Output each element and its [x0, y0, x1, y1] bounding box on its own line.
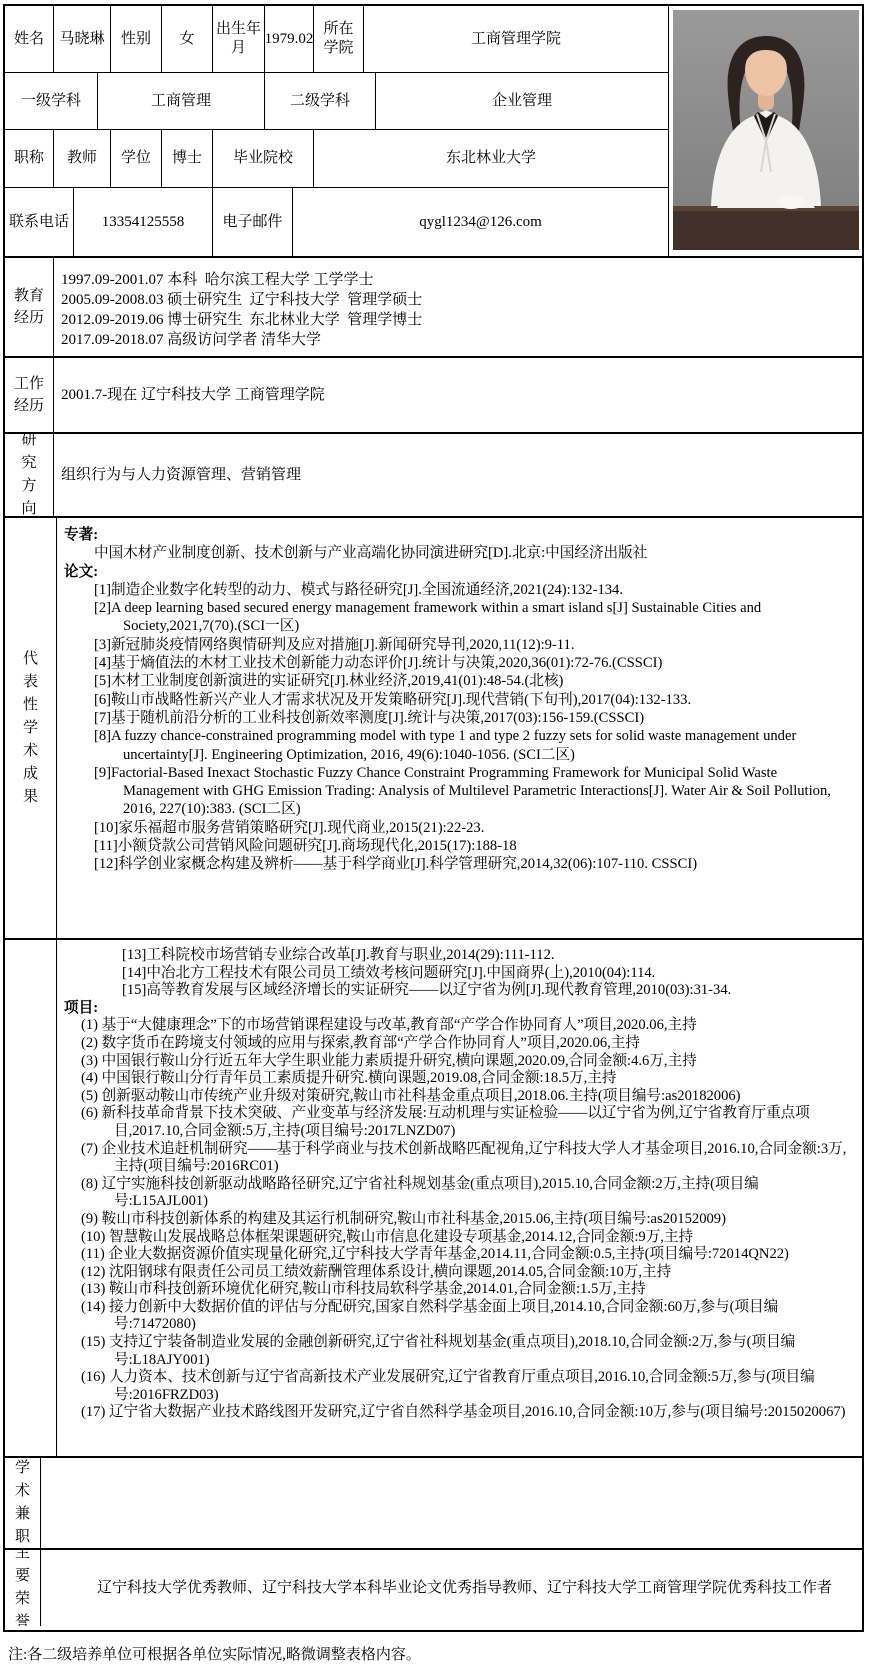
list-item: [4]基于熵值法的木材工业技术创新能力动态评价[J].统计与决策,2020,36…	[64, 654, 852, 672]
projects-heading: 项目:	[64, 1000, 852, 1018]
personal-info-block: 姓名 马晓琳 性别 女 出生年月 1979.02 所在学院 工商管理学院 一级学…	[5, 6, 862, 256]
list-item: 2017.09-2018.07 高级访问学者 清华大学	[61, 330, 854, 350]
list-item: (14) 接力创新中大数据价值的评估与分配研究,国家自然科学基金面上项目,201…	[64, 1299, 852, 1334]
email-value: qygl1234@126.com	[293, 188, 668, 256]
achievements-continued-content: [13]工科院校市场营销专业综合改革[J].教育与职业,2014(29):111…	[57, 940, 862, 1456]
cv-form-sheet: 姓名 马晓琳 性别 女 出生年月 1979.02 所在学院 工商管理学院 一级学…	[0, 0, 869, 1679]
footer-note: 注:各二级培养单位可根据各单位实际情况,略微调整表格内容。	[8, 1643, 421, 1664]
list-item: 1997.09-2001.07 本科 哈尔滨工程大学 工学学士	[61, 270, 854, 290]
profile-photo	[673, 10, 859, 250]
list-item: 2001.7-现在 辽宁科技大学 工商管理学院	[61, 385, 325, 405]
papers-heading: 论文:	[64, 563, 852, 581]
header-row-3: 职称 教师 学位 博士 毕业院校 东北林业大学	[5, 130, 668, 188]
degree-value: 博士	[162, 130, 213, 187]
section-education: 教育经历 1997.09-2001.07 本科 哈尔滨工程大学 工学学士2005…	[5, 256, 862, 356]
cv-table: 姓名 马晓琳 性别 女 出生年月 1979.02 所在学院 工商管理学院 一级学…	[3, 4, 864, 1632]
list-item: [15]高等教育发展与区域经济增长的实证研究——以辽宁省为例[J].现代教育管理…	[64, 982, 852, 1000]
list-item: [1]制造企业数字化转型的动力、模式与路径研究[J].全国流通经济,2021(2…	[64, 581, 852, 599]
alma-label: 毕业院校	[213, 130, 314, 187]
discipline1-label: 一级学科	[5, 73, 98, 129]
list-item: (9) 鞍山市科技创新体系的构建及其运行机制研究,鞍山市社科基金,2015.06…	[64, 1211, 852, 1229]
email-label: 电子邮件	[213, 188, 293, 256]
list-item: (10) 智慧鞍山发展战略总体框架课题研究,鞍山市信息化建设专项基金,2014.…	[64, 1229, 852, 1247]
list-item: (11) 企业大数据资源价值实现量化研究,辽宁科技大学青年基金,2014.11,…	[64, 1246, 852, 1264]
research-content: 组织行为与人力资源管理、营销管理	[54, 434, 862, 516]
monograph-list: 中国木材产业制度创新、技术创新与产业高端化协同演进研究[D].北京:中国经济出版…	[64, 544, 852, 562]
list-item: (3) 中国银行鞍山分行近五年大学生职业能力素质提升研究,横向课题,2020.0…	[64, 1053, 852, 1071]
section-work: 工作经历 2001.7-现在 辽宁科技大学 工商管理学院	[5, 356, 862, 432]
achievements-continued-label	[5, 940, 57, 1456]
list-item: [7]基于随机前沿分析的工业科技创新效率测度[J].统计与决策,2017(03)…	[64, 709, 852, 727]
name-label: 姓名	[5, 6, 54, 72]
list-item: [6]鞍山市战略性新兴产业人才需求状况及开发策略研究[J].现代营销(下旬刊),…	[64, 691, 852, 709]
header-row-2: 一级学科 工商管理 二级学科 企业管理	[5, 73, 668, 130]
section-achievements-continued: [13]工科院校市场营销专业综合改革[J].教育与职业,2014(29):111…	[5, 938, 862, 1456]
list-item: [12]科学创业家概念构建及辨析——基于科学商业[J].科学管理研究,2014,…	[64, 855, 852, 873]
personal-info-grid: 姓名 马晓琳 性别 女 出生年月 1979.02 所在学院 工商管理学院 一级学…	[5, 6, 668, 256]
achievements-content: 专著: 中国木材产业制度创新、技术创新与产业高端化协同演进研究[D].北京:中国…	[57, 518, 862, 938]
list-item: [2]A deep learning based secured energy …	[64, 599, 852, 636]
list-item: (5) 创新驱动鞍山市传统产业升级对策研究,鞍山市社科基金重点项目,2018.0…	[64, 1088, 852, 1106]
phone-label: 联系电话	[5, 188, 74, 256]
list-item: 中国木材产业制度创新、技术创新与产业高端化协同演进研究[D].北京:中国经济出版…	[64, 544, 852, 562]
birth-label: 出生年月	[213, 6, 265, 72]
honors-content: 辽宁科技大学优秀教师、辽宁科技大学本科毕业论文优秀指导教师、辽宁科技大学工商管理…	[41, 1550, 862, 1626]
list-item: [9]Factorial-Based Inexact Stochastic Fu…	[64, 764, 852, 819]
photo-cell	[668, 6, 862, 256]
honors-text: 辽宁科技大学优秀教师、辽宁科技大学本科毕业论文优秀指导教师、辽宁科技大学工商管理…	[46, 1578, 832, 1598]
achievements-label: 代表性学术成果	[5, 518, 57, 938]
title-label: 职称	[5, 130, 54, 187]
education-content: 1997.09-2001.07 本科 哈尔滨工程大学 工学学士2005.09-2…	[54, 258, 862, 356]
list-item: (7) 企业技术追赶机制研究——基于科学商业与技术创新战略匹配视角,辽宁科技大学…	[64, 1141, 852, 1176]
list-item: [14]中冶北方工程技术有限公司员工绩效考核问题研究[J].中国商界(上),20…	[64, 965, 852, 983]
header-row-1: 姓名 马晓琳 性别 女 出生年月 1979.02 所在学院 工商管理学院	[5, 6, 668, 73]
list-item: [13]工科院校市场营销专业综合改革[J].教育与职业,2014(29):111…	[64, 947, 852, 965]
list-item: [10]家乐福超市服务营销策略研究[J].现代商业,2015(21):22-23…	[64, 819, 852, 837]
discipline2-value: 企业管理	[376, 73, 668, 129]
research-label: 研究方向	[5, 434, 54, 516]
education-label: 教育经历	[5, 258, 54, 356]
discipline1-value: 工商管理	[98, 73, 265, 129]
papers-list: [1]制造企业数字化转型的动力、模式与路径研究[J].全国流通经济,2021(2…	[64, 581, 852, 874]
list-item: [5]木材工业制度创新演进的实证研究[J].林业经济,2019,41(01):4…	[64, 672, 852, 690]
list-item: (8) 辽宁实施科技创新驱动战略路径研究,辽宁省社科规划基金(重点项目),201…	[64, 1176, 852, 1211]
alma-value: 东北林业大学	[314, 130, 668, 187]
list-item: (17) 辽宁省大数据产业技术路线图开发研究,辽宁省自然科学基金项目,2016.…	[64, 1404, 852, 1422]
list-item: [11]小额贷款公司营销风险问题研究[J].商场现代化,2015(17):188…	[64, 837, 852, 855]
gender-value: 女	[162, 6, 213, 72]
section-research: 研究方向 组织行为与人力资源管理、营销管理	[5, 432, 862, 516]
academic-positions-label: 学术兼职	[5, 1458, 41, 1548]
list-item: [8]A fuzzy chance-constrained programmin…	[64, 727, 852, 764]
list-item: (16) 人力资本、技术创新与辽宁省高新技术产业发展研究,辽宁省教育厅重点项目,…	[64, 1369, 852, 1404]
work-content: 2001.7-现在 辽宁科技大学 工商管理学院	[54, 358, 862, 432]
academic-positions-content	[41, 1458, 862, 1548]
papers-continued-list: [13]工科院校市场营销专业综合改革[J].教育与职业,2014(29):111…	[64, 947, 852, 1000]
list-item: (2) 数字货币在跨境支付领域的应用与探索,教育部“产学合作协同育人”项目,20…	[64, 1035, 852, 1053]
list-item: (1) 基于“大健康理念”下的市场营销课程建设与改革,教育部“产学合作协同育人”…	[64, 1017, 852, 1035]
honors-label: 主要荣誉	[5, 1550, 41, 1626]
birth-value: 1979.02	[265, 6, 314, 72]
college-label: 所在学院	[314, 6, 364, 72]
list-item: (4) 中国银行鞍山分行青年员工素质提升研究.横向课题,2019.08,合同金额…	[64, 1070, 852, 1088]
title-value: 教师	[54, 130, 111, 187]
list-item: (15) 支持辽宁装备制造业发展的金融创新研究,辽宁省社科规划基金(重点项目),…	[64, 1334, 852, 1369]
section-achievements: 代表性学术成果 专著: 中国木材产业制度创新、技术创新与产业高端化协同演进研究[…	[5, 516, 862, 938]
projects-list: (1) 基于“大健康理念”下的市场营销课程建设与改革,教育部“产学合作协同育人”…	[64, 1017, 852, 1422]
section-academic-positions: 学术兼职	[5, 1456, 862, 1548]
list-item: 2012.09-2019.06 博士研究生 东北林业大学 管理学博士	[61, 310, 854, 330]
list-item: 2005.09-2008.03 硕士研究生 辽宁科技大学 管理学硕士	[61, 290, 854, 310]
phone-value: 13354125558	[74, 188, 213, 256]
discipline2-label: 二级学科	[265, 73, 376, 129]
list-item: [3]新冠肺炎疫情网络舆情研判及应对措施[J].新闻研究导刊,2020,11(1…	[64, 636, 852, 654]
list-item: (6) 新科技革命背景下技术突破、产业变革与经济发展:互动机理与实证检验——以辽…	[64, 1105, 852, 1140]
name-value: 马晓琳	[54, 6, 111, 72]
header-row-4: 联系电话 13354125558 电子邮件 qygl1234@126.com	[5, 188, 668, 256]
work-label: 工作经历	[5, 358, 54, 432]
college-value: 工商管理学院	[364, 6, 668, 72]
list-item: (13) 鞍山市科技创新环境优化研究,鞍山市科技局软科学基金,2014.01,合…	[64, 1281, 852, 1299]
degree-label: 学位	[111, 130, 162, 187]
section-honors: 主要荣誉 辽宁科技大学优秀教师、辽宁科技大学本科毕业论文优秀指导教师、辽宁科技大…	[5, 1548, 862, 1626]
gender-label: 性别	[111, 6, 162, 72]
list-item: 组织行为与人力资源管理、营销管理	[61, 465, 301, 485]
list-item: (12) 沈阳钢球有限责任公司员工绩效薪酬管理体系设计,横向课题,2014.05…	[64, 1264, 852, 1282]
monograph-heading: 专著:	[64, 526, 852, 544]
